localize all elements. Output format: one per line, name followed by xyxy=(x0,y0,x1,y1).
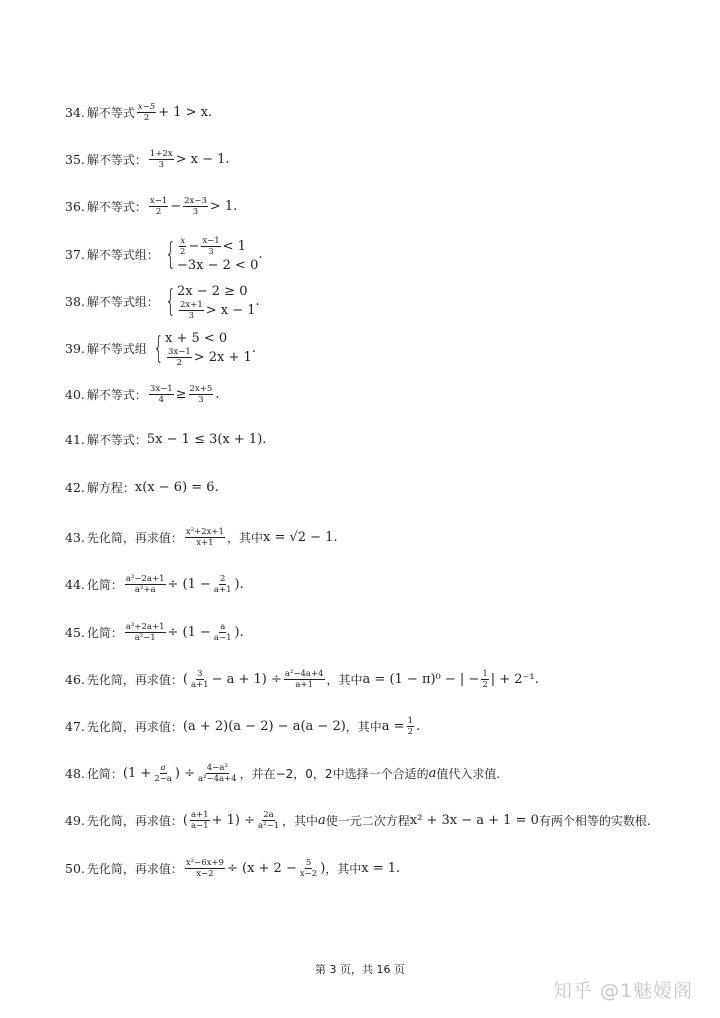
math-operator: + 1) ÷ xyxy=(212,813,255,829)
problem-49: 49. 先化简，再求值： ( a+1a−1 + 1) ÷ 2aa²−1 ，其中 … xyxy=(65,810,651,831)
math-paren: (1 + xyxy=(123,766,151,782)
problem-prefix: 化简： xyxy=(87,766,123,782)
problem-text: ，其中 xyxy=(282,813,318,829)
left-brace: { xyxy=(153,334,164,364)
problem-number: 40. xyxy=(65,387,85,403)
fraction: 2aa²−1 xyxy=(257,810,280,831)
fraction: x2 xyxy=(179,236,186,257)
fraction: 5x−2 xyxy=(299,858,318,879)
problem-prefix: 先化简，再求值： xyxy=(87,530,183,546)
math-expr: . xyxy=(215,387,219,403)
punctuation: . xyxy=(258,247,262,263)
math-expr: (a + 2)(a − 2) − a(a − 2) xyxy=(183,719,346,735)
problem-number: 46. xyxy=(65,672,85,688)
problem-text: ，并在−2，0，2中选择一个合适的 xyxy=(240,766,429,782)
fraction: 2x+53 xyxy=(189,384,214,405)
problem-number: 42. xyxy=(65,480,85,496)
fraction: 3x−12 xyxy=(167,347,192,368)
math-expr: ). xyxy=(235,577,244,593)
problem-36: 36. 解不等式： x−12 − 2x−33 > 1. xyxy=(65,196,237,217)
problem-text: ，其中 xyxy=(325,861,361,877)
math-expr: + 1 > x. xyxy=(158,105,212,121)
math-operator: − xyxy=(170,199,181,215)
left-brace: { xyxy=(165,287,176,317)
problem-prefix: 解不等式组： xyxy=(87,247,159,263)
problem-50: 50. 先化简，再求值： x²−6x+9x−2 ÷ (x + 2 − 5x−2 … xyxy=(65,858,400,879)
fraction: 2x+13 xyxy=(179,300,204,321)
inequality-system: { 2x − 2 ≥ 0 2x+13> x − 1 xyxy=(161,283,256,321)
page-footer: 第 3 页，共 16 页 xyxy=(0,961,720,977)
fraction: 4−a²a²−4a+4 xyxy=(197,763,238,784)
inequality-system: { x + 5 < 0 3x−12> 2x + 1 xyxy=(149,330,252,368)
punctuation: . xyxy=(252,341,256,357)
problem-45: 45. 化简： a²+2a+1a²−1 ÷ (1 − aa−1 ). xyxy=(65,622,244,643)
fraction: a²+2a+1a²−1 xyxy=(125,622,166,643)
fraction: x²+2x+1x+1 xyxy=(185,527,225,548)
fraction: x−13 xyxy=(201,236,220,257)
system-line: 2x − 2 ≥ 0 xyxy=(177,283,256,300)
fraction: x−52 xyxy=(137,102,156,123)
problem-prefix: 解不等式： xyxy=(87,387,147,403)
left-brace: { xyxy=(165,240,176,270)
fraction: 12 xyxy=(481,669,488,690)
fraction: 2a+1 xyxy=(213,574,233,595)
problem-35: 35. 解不等式： 1+2x3 > x − 1. xyxy=(65,149,230,170)
math-operator: ÷ (1 − xyxy=(168,625,211,641)
problem-38: 38. 解不等式组： { 2x − 2 ≥ 0 2x+13> x − 1 . xyxy=(65,283,260,321)
problem-prefix: 解不等式： xyxy=(87,152,147,168)
problem-41: 41. 解不等式： 5x − 1 ≤ 3(x + 1). xyxy=(65,432,266,448)
problem-40: 40. 解不等式： 3x−14 ≥ 2x+53 . xyxy=(65,384,219,405)
system-line: x + 5 < 0 xyxy=(165,330,252,347)
math-var: a xyxy=(429,766,437,782)
problem-prefix: 解不等式 xyxy=(87,105,135,121)
fraction: x²−6x+9x−2 xyxy=(185,858,225,879)
math-paren: ( xyxy=(183,813,188,829)
problem-text: ，其中 xyxy=(327,672,363,688)
fraction: 3a+1 xyxy=(190,669,210,690)
problem-number: 44. xyxy=(65,577,85,593)
fraction: 12 xyxy=(407,716,414,737)
problem-text: ，其中 xyxy=(227,530,263,546)
fraction: 1+2x3 xyxy=(149,149,174,170)
problem-prefix: 解不等式组： xyxy=(87,294,159,310)
fraction: 3x−14 xyxy=(149,384,174,405)
problem-39: 39. 解不等式组 { x + 5 < 0 3x−12> 2x + 1 . xyxy=(65,330,256,368)
document-page: 34. 解不等式 x−52 + 1 > x. 35. 解不等式： 1+2x3 >… xyxy=(0,0,720,1018)
problem-number: 39. xyxy=(65,341,85,357)
inequality-system: { x2−x−13< 1 −3x − 2 < 0 xyxy=(161,236,258,274)
problem-number: 35. xyxy=(65,152,85,168)
watermark: 知乎 @1魅嫒阁 xyxy=(553,976,693,1003)
problem-number: 47. xyxy=(65,719,85,735)
problem-47: 47. 先化简，再求值： (a + 2)(a − 2) − a(a − 2) ，… xyxy=(65,716,420,737)
problem-text: 使一元二次方程 xyxy=(326,813,410,829)
punctuation: . xyxy=(256,294,260,310)
math-expr: | + 2⁻¹. xyxy=(491,672,539,688)
problem-number: 48. xyxy=(65,766,85,782)
problem-prefix: 解不等式： xyxy=(87,432,147,448)
fraction: a2−a xyxy=(153,763,173,784)
fraction: a²−4a+4a+1 xyxy=(284,669,325,690)
problem-number: 37. xyxy=(65,247,85,263)
problem-prefix: 先化简，再求值： xyxy=(87,861,183,877)
math-expr: x = 1. xyxy=(361,861,400,877)
problem-44: 44. 化简： a²−2a+1a²+a ÷ (1 − 2a+1 ). xyxy=(65,574,244,595)
math-expr: > x − 1. xyxy=(176,152,230,168)
math-var: a xyxy=(318,813,326,829)
system-line: −3x − 2 < 0 xyxy=(177,257,258,274)
problem-prefix: 解方程： xyxy=(87,480,135,496)
problem-48: 48. 化简： (1 + a2−a ) ÷ 4−a²a²−4a+4 ，并在−2，… xyxy=(65,763,500,784)
problem-number: 49. xyxy=(65,813,85,829)
problem-46: 46. 先化简，再求值： ( 3a+1 − a + 1) ÷ a²−4a+4a+… xyxy=(65,669,539,690)
math-expr: 5x − 1 ≤ 3(x + 1). xyxy=(147,432,267,448)
problem-34: 34. 解不等式 x−52 + 1 > x. xyxy=(65,102,212,123)
problem-text: ，其中 xyxy=(346,719,382,735)
problem-text: 有两个相等的实数根. xyxy=(539,813,651,829)
math-paren: ( xyxy=(183,672,188,688)
math-expr: > 1. xyxy=(210,199,237,215)
fraction: 2x−33 xyxy=(183,196,208,217)
math-expr: x² + 3x − a + 1 = 0 xyxy=(410,813,539,829)
fraction: a+1a−1 xyxy=(190,810,210,831)
punctuation: . xyxy=(416,719,420,735)
problem-text: 值代入求值. xyxy=(436,766,500,782)
problem-number: 43. xyxy=(65,530,85,546)
math-operator: − a + 1) ÷ xyxy=(212,672,282,688)
math-operator: ) ÷ xyxy=(175,766,195,782)
math-expr: a = xyxy=(382,719,405,735)
problem-prefix: 解不等式： xyxy=(87,199,147,215)
fraction: aa−1 xyxy=(213,622,233,643)
math-operator: ÷ (x + 2 − xyxy=(227,861,297,877)
fraction: a²−2a+1a²+a xyxy=(125,574,166,595)
math-operator: ÷ (1 − xyxy=(168,577,211,593)
problem-prefix: 先化简，再求值： xyxy=(87,813,183,829)
problem-number: 45. xyxy=(65,625,85,641)
problem-prefix: 先化简，再求值： xyxy=(87,719,183,735)
problem-prefix: 化简： xyxy=(87,577,123,593)
problem-number: 50. xyxy=(65,861,85,877)
math-expr: a = (1 − π)⁰ − | − xyxy=(363,672,480,688)
math-expr: x = √2 − 1. xyxy=(263,530,338,546)
problem-prefix: 解不等式组 xyxy=(87,341,147,357)
math-expr: x(x − 6) = 6. xyxy=(135,480,219,496)
fraction: x−12 xyxy=(149,196,168,217)
problem-number: 41. xyxy=(65,432,85,448)
problem-37: 37. 解不等式组： { x2−x−13< 1 −3x − 2 < 0 . xyxy=(65,236,263,274)
problem-42: 42. 解方程： x(x − 6) = 6. xyxy=(65,480,219,496)
problem-number: 34. xyxy=(65,105,85,121)
problem-prefix: 化简： xyxy=(87,625,123,641)
math-operator: ≥ xyxy=(176,387,187,403)
problem-43: 43. 先化简，再求值： x²+2x+1x+1 ，其中 x = √2 − 1. xyxy=(65,527,338,548)
problem-number: 38. xyxy=(65,294,85,310)
problem-prefix: 先化简，再求值： xyxy=(87,672,183,688)
problem-number: 36. xyxy=(65,199,85,215)
math-expr: ). xyxy=(235,625,244,641)
